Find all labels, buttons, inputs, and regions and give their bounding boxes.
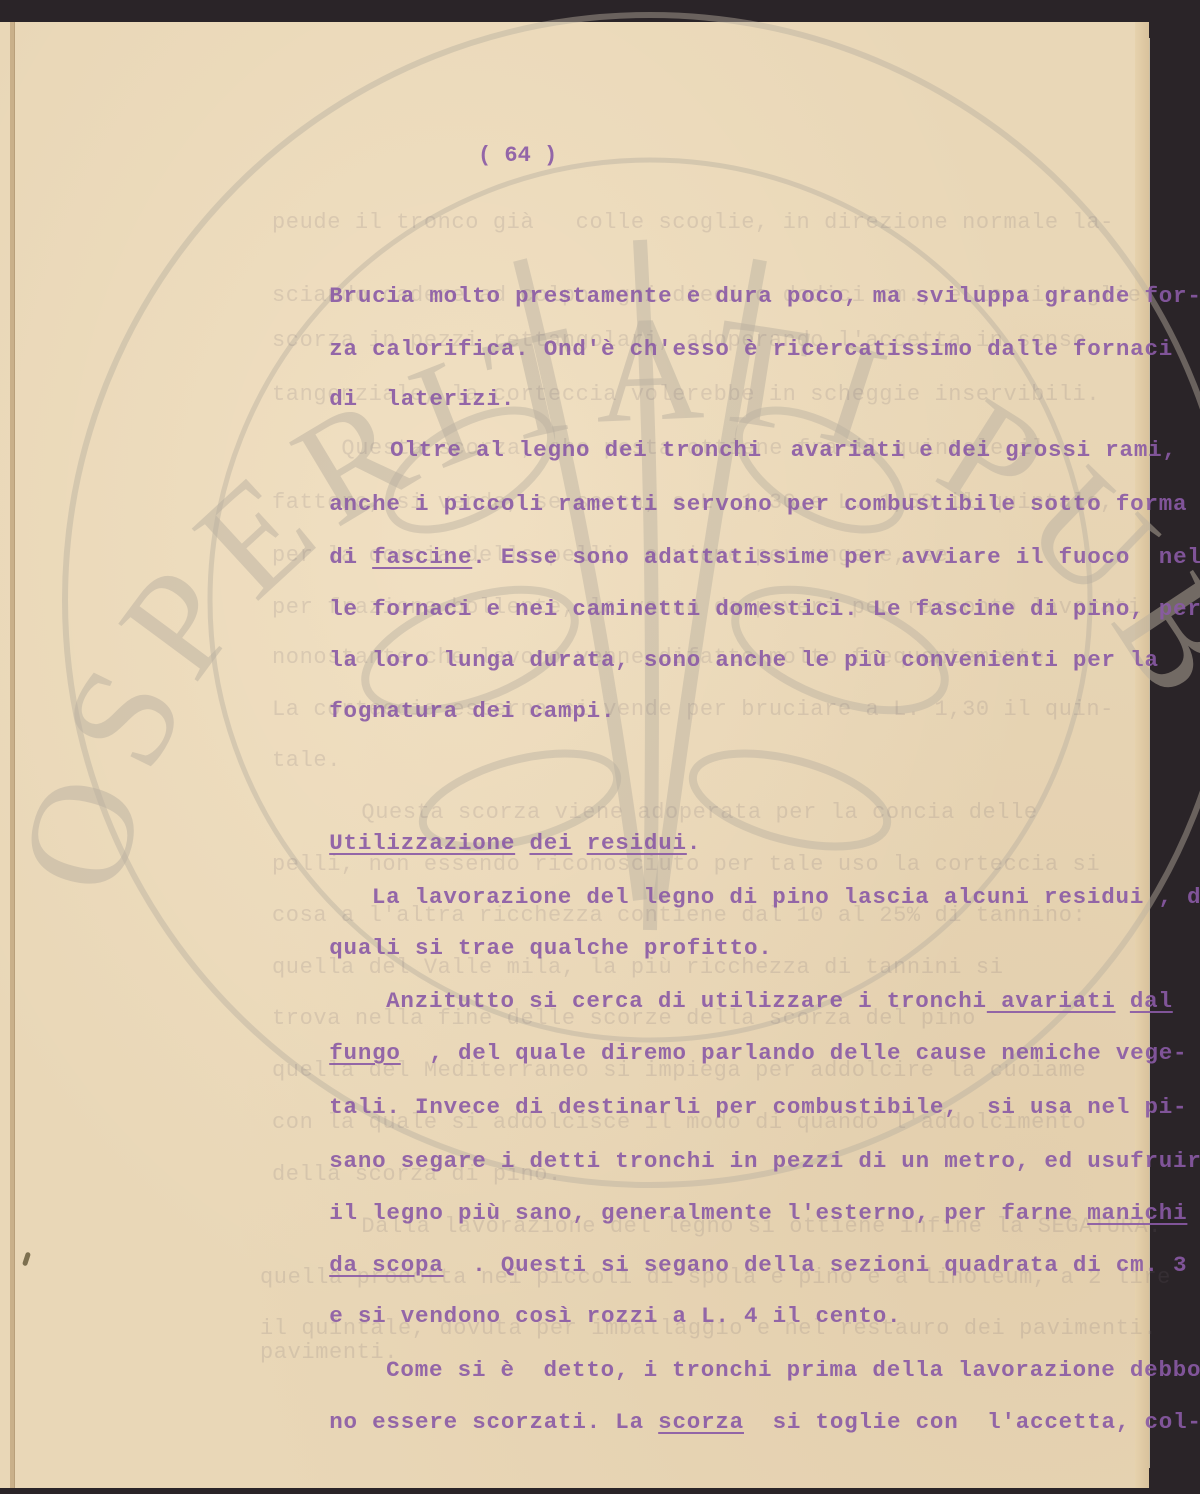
text-segment: za calorifica. Ond'è ch'esso è ricercati… — [329, 336, 1173, 362]
text-segment: La lavorazione del legno di pino lascia … — [343, 884, 1200, 910]
text-segment: il legno più sano, generalmente l'estern… — [329, 1200, 1087, 1226]
text-segment — [572, 830, 586, 856]
text-segment: di — [329, 544, 372, 570]
text-segment: sano segare i detti tronchi in pezzi di … — [329, 1148, 1200, 1174]
bleed-through-line: peude il tronco già colle scoglie, in di… — [272, 210, 1114, 235]
underlined-term: scorza — [658, 1409, 744, 1435]
bleed-through-line: tale. — [272, 748, 341, 773]
text-segment: quali si trae qualche profitto. — [329, 935, 772, 961]
heading-word: dei — [529, 830, 572, 856]
text-segment: anche i piccoli rametti servono per comb… — [329, 491, 1187, 517]
text-line: no essere scorzati. La scorza si toglie … — [272, 1383, 1200, 1461]
text-line: fognatura dei campi. — [272, 672, 615, 750]
page-number: ( 64 ) — [478, 143, 557, 168]
text-segment: la loro lunga durata, sono anche le più … — [329, 647, 1159, 673]
underlined-term: manichi — [1087, 1200, 1187, 1226]
underlined-term: avariati — [987, 988, 1116, 1014]
text-segment: Anzitutto si cerca di utilizzare i tronc… — [343, 988, 987, 1014]
text-segment: tali. Invece di destinarli per combustib… — [329, 1094, 1187, 1120]
text-segment: no essere scorzati. La — [329, 1409, 658, 1435]
text-segment: . Questi si segano della sezioni quadrat… — [444, 1252, 1188, 1278]
text-segment: . — [687, 830, 701, 856]
text-segment — [1116, 988, 1130, 1014]
text-segment — [515, 830, 529, 856]
heading-word: Utilizzazione — [329, 830, 515, 856]
text-segment: . Esse sono adattatissime per avviare il… — [472, 544, 1200, 570]
text-segment: Come si è detto, i tronchi prima della l… — [343, 1357, 1200, 1383]
text-segment: Brucia molto prestamente e dura poco, ma… — [329, 283, 1200, 309]
underlined-term: fascine — [372, 544, 472, 570]
underlined-term: fungo — [329, 1040, 401, 1066]
text-segment: le fornaci e nei caminetti domestici. Le… — [329, 596, 1200, 622]
text-segment: si toglie con l'accetta, col- — [744, 1409, 1200, 1435]
text-segment: di laterizi. — [329, 386, 515, 412]
binding-edge — [10, 22, 15, 1488]
underlined-term: dal — [1130, 988, 1173, 1014]
text-segment: , del quale diremo parlando delle cause … — [401, 1040, 1188, 1066]
underlined-term: da scopa — [329, 1252, 443, 1278]
scanned-page-view: OSPERITATI PUBLICAE INCREMENTO peude il … — [0, 0, 1200, 1494]
text-segment: fognatura dei campi. — [329, 698, 615, 724]
heading-word: residui — [587, 830, 687, 856]
text-segment: Oltre al legno dei tronchi avariati e de… — [347, 437, 1177, 463]
text-segment: e si vendono così rozzi a L. 4 il cento. — [329, 1303, 901, 1329]
